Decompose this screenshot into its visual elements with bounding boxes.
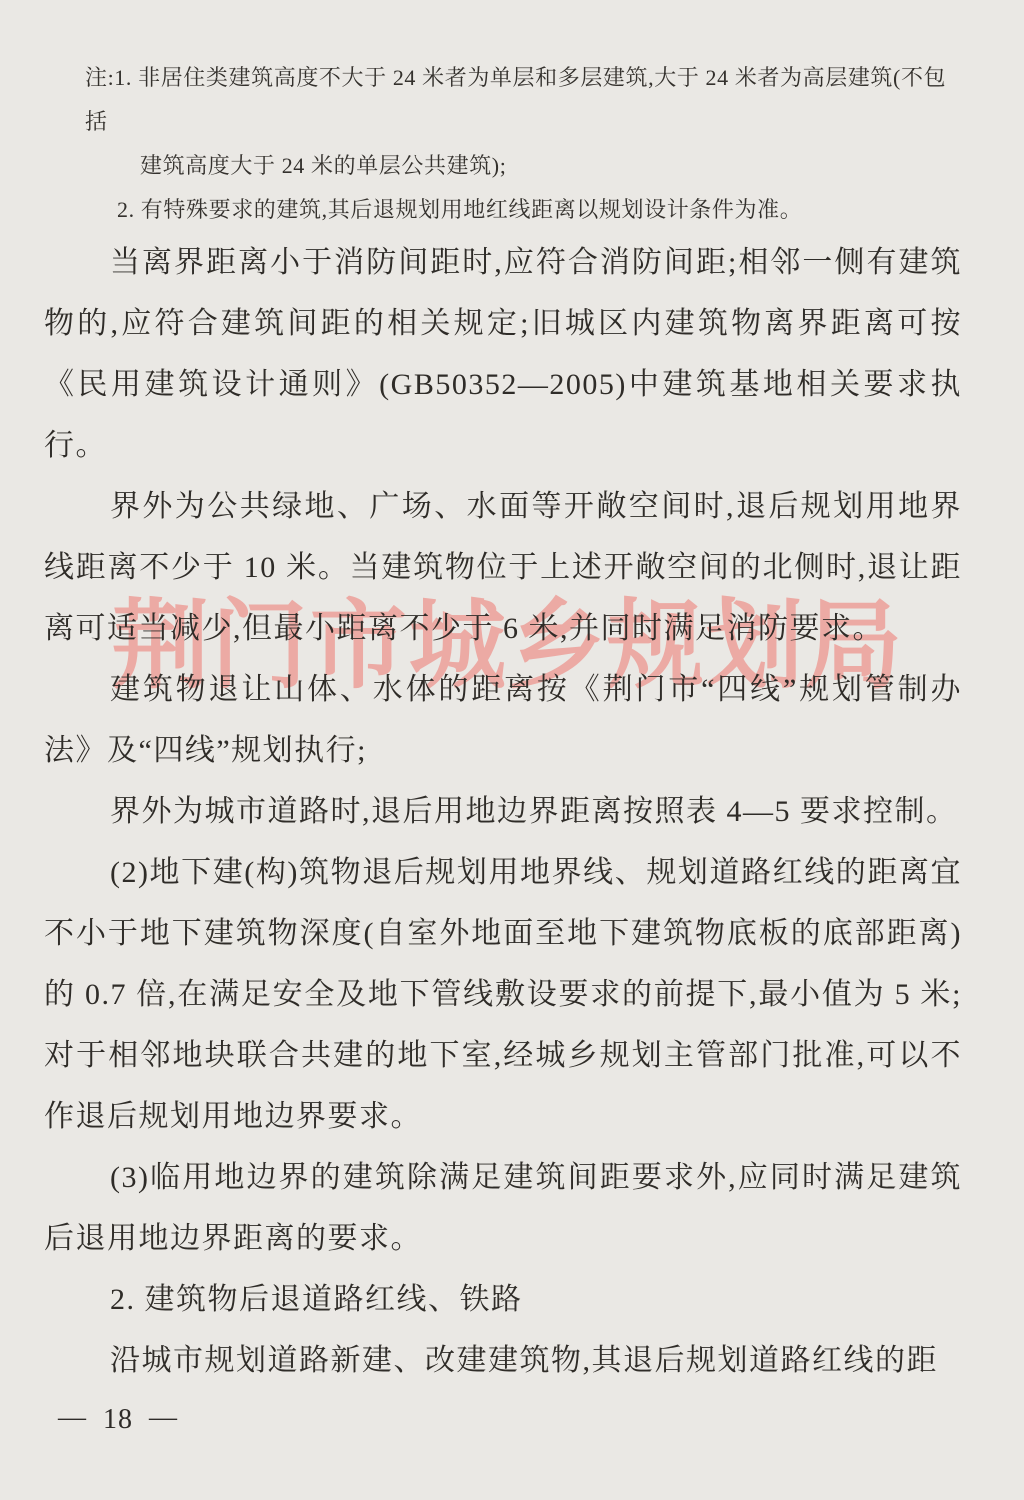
page-number: —18— — [58, 1404, 178, 1436]
document-page: 荆门市城乡规划局 注:1. 非居住类建筑高度不大于 24 米者为单层和多层建筑,… — [0, 0, 1024, 1500]
paragraph-along-planned-roads: 沿城市规划道路新建、改建建筑物,其退后规划道路红线的距 — [44, 1330, 962, 1391]
note-line-2: 建筑高度大于 24 米的单层公共建筑); — [140, 144, 962, 188]
paragraph-mountain-water-setback: 建筑物退让山体、水体的距离按《荆门市“四线”规划管制办法》及“四线”规划执行; — [44, 659, 962, 781]
note-line-3: 2. 有特殊要求的建筑,其后退规划用地红线距离以规划设计条件为准。 — [117, 188, 962, 232]
paragraph-open-space-setback: 界外为公共绿地、广场、水面等开敞空间时,退后规划用地界线距离不少于 10 米。当… — [44, 476, 962, 659]
page-content: 注:1. 非居住类建筑高度不大于 24 米者为单层和多层建筑,大于 24 米者为… — [0, 0, 1024, 1391]
note-line-1: 注:1. 非居住类建筑高度不大于 24 米者为单层和多层建筑,大于 24 米者为… — [85, 56, 962, 144]
section-heading-road-redline-railway: 2. 建筑物后退道路红线、铁路 — [44, 1269, 962, 1330]
page-number-right-dash: — — [149, 1402, 178, 1433]
paragraph-underground-structures: (2)地下建(构)筑物退后规划用地界线、规划道路红线的距离宜不小于地下建筑物深度… — [44, 842, 962, 1147]
paragraph-fire-separation: 当离界距离小于消防间距时,应符合消防间距;相邻一侧有建筑物的,应符合建筑间距的相… — [44, 232, 962, 476]
paragraph-boundary-buildings: (3)临用地边界的建筑除满足建筑间距要求外,应同时满足建筑后退用地边界距离的要求… — [44, 1147, 962, 1269]
page-number-value: 18 — [103, 1404, 133, 1435]
paragraph-urban-road-setback: 界外为城市道路时,退后用地边界距离按照表 4—5 要求控制。 — [44, 781, 962, 842]
page-number-left-dash: — — [58, 1402, 87, 1433]
note-block: 注:1. 非居住类建筑高度不大于 24 米者为单层和多层建筑,大于 24 米者为… — [44, 56, 962, 232]
